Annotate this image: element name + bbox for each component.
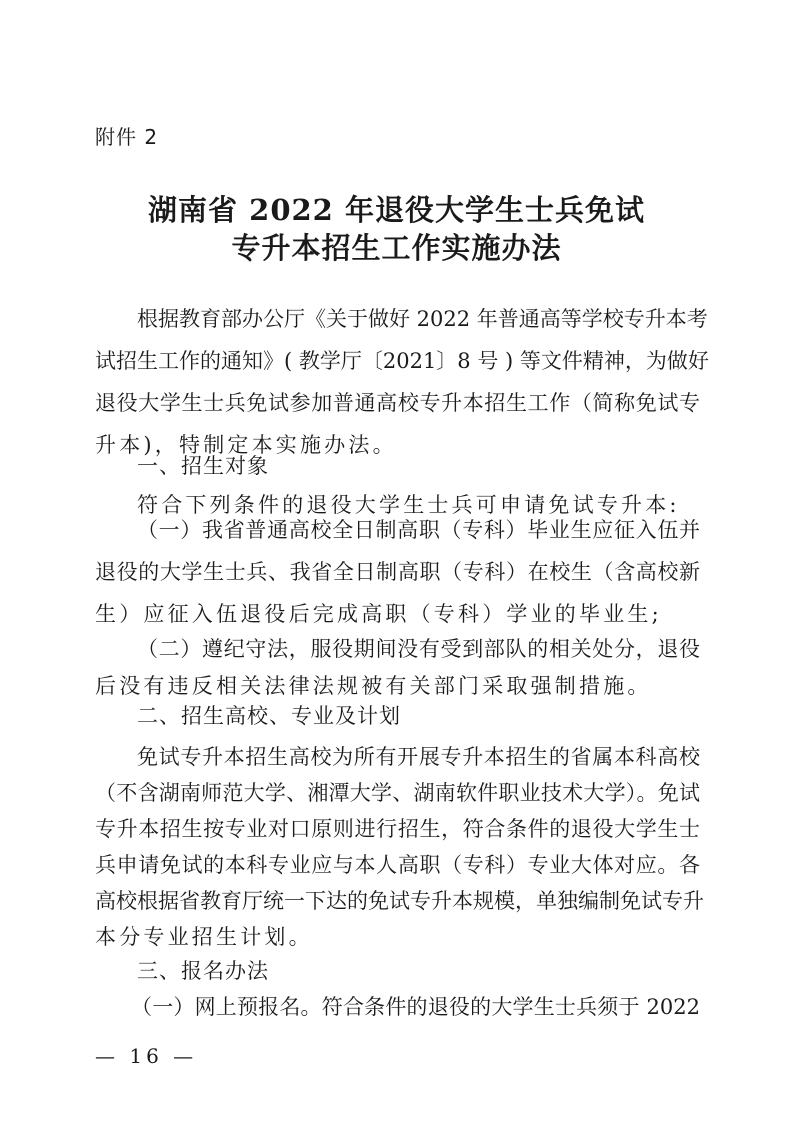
paragraph-line: 退役的大学生士兵、我省全日制高职（专科）在校生（含高校新	[95, 556, 700, 586]
paragraph-line: 兵申请免试的本科专业应与本人高职（专科）专业大体对应。各	[95, 849, 700, 879]
section-heading-1: 一、招生对象	[137, 450, 269, 480]
paragraph-line: （一）网上预报名。符合条件的退役的大学生士兵须于 2022	[95, 991, 700, 1021]
section-heading-2: 二、招生高校、专业及计划	[137, 700, 401, 730]
paragraph-line: 后没有违反相关法律法规被有关部门采取强制措施。	[95, 670, 700, 700]
page-number: — 16 —	[95, 1044, 197, 1068]
paragraph-line: 生）应征入伍退役后完成高职（专科）学业的毕业生;	[95, 598, 700, 628]
paragraph-line: 根据教育部办公厅《关于做好 2022 年普通高等学校专升本考	[95, 303, 700, 333]
section-heading-3: 三、报名办法	[137, 955, 269, 985]
paragraph-line: 专升本招生按专业对口原则进行招生，符合条件的退役大学生士	[95, 813, 700, 843]
paragraph-line: （二）遵纪守法，服役期间没有受到部队的相关处分，退役	[95, 633, 700, 663]
paragraph-line: （不含湖南师范大学、湘潭大学、湖南软件职业技术大学）。免试	[95, 777, 700, 807]
paragraph-line: 退役大学生士兵免试参加普通高校专升本招生工作（简称免试专	[95, 387, 700, 417]
paragraph-line: 免试专升本招生高校为所有开展专升本招生的省属本科高校	[95, 741, 700, 771]
attachment-label: 附件 2	[95, 121, 158, 150]
paragraph-line: 本分专业招生计划。	[95, 921, 700, 951]
document-title-line-1: 湖南省 2022 年退役大学生士兵免试	[0, 188, 793, 229]
document-page: 附件 2 湖南省 2022 年退役大学生士兵免试 专升本招生工作实施办法 根据教…	[0, 0, 793, 1122]
document-title-line-2: 专升本招生工作实施办法	[0, 226, 793, 267]
paragraph-line: 试招生工作的通知》( 教学厅〔2021〕8 号 ) 等文件精神，为做好	[95, 345, 700, 375]
paragraph-line: （一）我省普通高校全日制高职（专科）毕业生应征入伍并	[95, 514, 700, 544]
paragraph-line: 高校根据省教育厅统一下达的免试专升本规模，单独编制免试专升	[95, 885, 700, 915]
